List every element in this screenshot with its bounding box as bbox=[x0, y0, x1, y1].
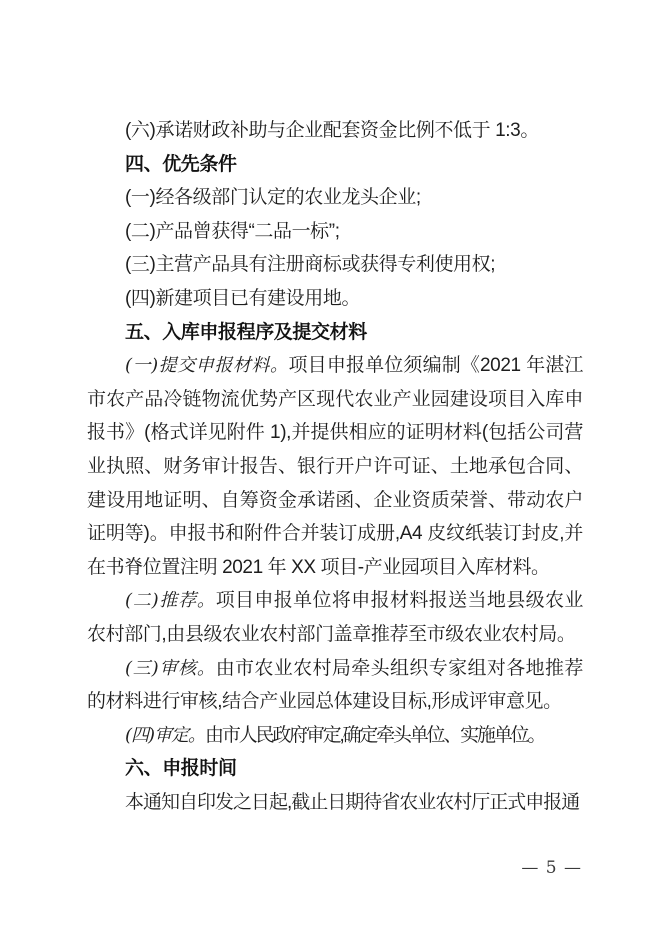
paragraph-review: (三)审核。由市农业农村局牵头组织专家组对各地推荐的材料进行审核,结合产业园总体… bbox=[87, 652, 583, 719]
paragraph-deadline: 本通知自印发之日起,截止日期待省农业农村厅正式申报通 bbox=[87, 786, 583, 820]
paragraph-submit-materials: (一)提交申报材料。项目申报单位须编制《2021 年湛江市农产品冷链物流优势产区… bbox=[87, 349, 583, 584]
paragraph-recommendation: (二)推荐。项目申报单位将申报材料报送当地县级农业农村部门,由县级农业农村部门盖… bbox=[87, 584, 583, 651]
section-heading-application-procedure: 五、入库申报程序及提交材料 bbox=[87, 316, 583, 350]
paragraph-funding-ratio: (六)承诺财政补助与企业配套资金比例不低于 1:3。 bbox=[87, 114, 583, 148]
paragraph-lead-final-approval: (四)审定。 bbox=[125, 725, 205, 746]
section-heading-application-time: 六、申报时间 bbox=[87, 752, 583, 786]
document-page: (六)承诺财政补助与企业配套资金比例不低于 1:3。 四、优先条件 (一)经各级… bbox=[0, 0, 662, 936]
paragraph-condition-4: (四)新建项目已有建设用地。 bbox=[87, 282, 583, 316]
section-heading-priority-conditions: 四、优先条件 bbox=[87, 148, 583, 182]
document-body: (六)承诺财政补助与企业配套资金比例不低于 1:3。 四、优先条件 (一)经各级… bbox=[87, 114, 583, 819]
paragraph-lead-review: (三)审核。 bbox=[125, 658, 216, 679]
paragraph-text-final-approval: 由市人民政府审定,确定牵头单位、实施单位。 bbox=[205, 725, 544, 746]
paragraph-text-submit-materials: 项目申报单位须编制《2021 年湛江市农产品冷链物流优势产区现代农业产业园建设项… bbox=[87, 355, 583, 578]
paragraph-condition-1: (一)经各级部门认定的农业龙头企业; bbox=[87, 181, 583, 215]
paragraph-lead-recommendation: (二)推荐。 bbox=[125, 590, 216, 611]
paragraph-condition-3: (三)主营产品具有注册商标或获得专利使用权; bbox=[87, 248, 583, 282]
paragraph-lead-submit-materials: (一)提交申报材料。 bbox=[125, 355, 289, 376]
paragraph-condition-2: (二)产品曾获得“二品一标”; bbox=[87, 215, 583, 249]
page-number: — 5 — bbox=[521, 858, 582, 878]
paragraph-final-approval: (四)审定。由市人民政府审定,确定牵头单位、实施单位。 bbox=[87, 719, 583, 753]
